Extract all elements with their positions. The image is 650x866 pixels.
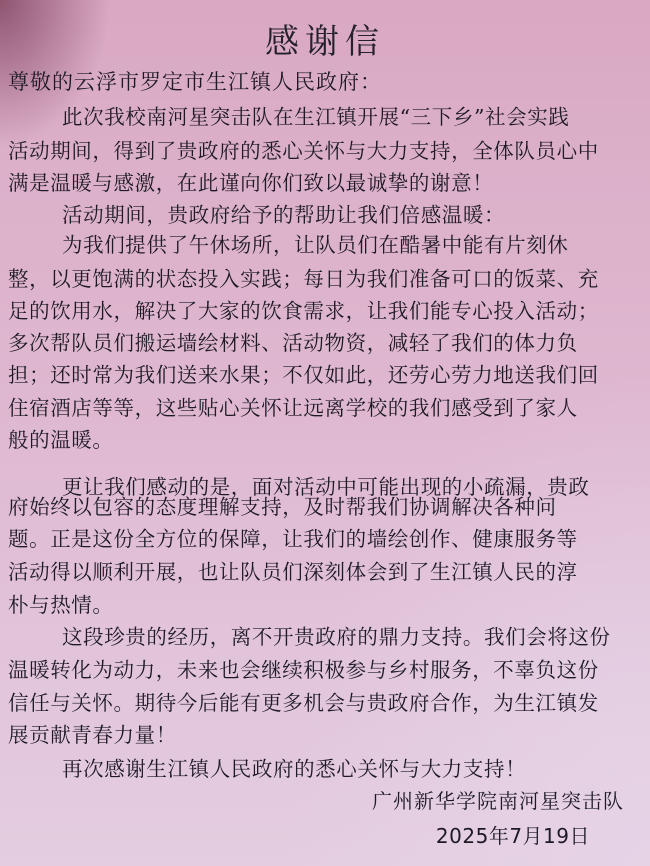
letter-line: 这段珍贵的经历，离不开贵政府的鼎力支持。我们会将这份 [62,620,611,650]
letter-line: 题。正是这份全方位的保障，让我们的墙绘创作、健康服务等 [8,522,578,552]
letter-line: 再次感谢生江镇人民政府的悉心关怀与大力支持！ [62,752,526,782]
letter-signature: 广州新华学院南河星突击队 [372,785,624,814]
letter-date: 2025年7月19日 [436,820,590,849]
letter-line: 般的温暖。 [8,423,114,453]
letter-line: 此次我校南河星突击队在生江镇开展“三下乡”社会实践 [62,100,569,130]
letter-line: 展贡献青春力量！ [8,718,177,748]
letter-line: 住宿酒店等等，这些贴心关怀让远离学校的我们感受到了家人 [8,391,578,421]
letter-line: 信任与关怀。期待今后能有更多机会与贵政府合作，为生江镇发 [8,686,599,716]
letter-salutation: 尊敬的云浮市罗定市生江镇人民政府： [8,66,382,96]
letter-line: 温暖转化为动力，未来也会继续积极参与乡村服务，不辜负这份 [8,653,599,683]
letter-line: 多次帮队员们搬运墙绘材料、活动物资，减轻了我们的体力负 [8,326,578,356]
letter-line: 活动期间，得到了贵政府的悉心关怀与大力支持，全体队员心中 [8,134,599,164]
letter-line: 府始终以包容的态度理解支持，及时帮我们协调解决各种问 [8,490,557,520]
letter-line: 活动期间，贵政府给予的帮助让我们倍感温暖： [62,198,505,228]
letter-line: 担；还时常为我们送来水果；不仅如此，还劳心劳力地送我们回 [8,358,599,388]
letter-line: 整，以更饱满的状态投入实践；每日为我们准备可口的饭菜、充 [8,262,599,292]
letter-line: 为我们提供了午休场所，让队员们在酷暑中能有片刻休 [62,228,568,258]
thank-you-letter: 感谢信 尊敬的云浮市罗定市生江镇人民政府： 此次我校南河星突击队在生江镇开展“三… [0,0,650,866]
letter-line: 足的饮用水，解决了大家的饮食需求，让我们能专心投入活动； [8,294,599,324]
letter-title: 感谢信 [0,14,650,63]
letter-line: 满是温暖与感激，在此谨向你们致以最诚挚的谢意！ [8,166,493,196]
letter-line: 活动得以顺利开展，也让队员们深刻体会到了生江镇人民的淳 [8,555,578,585]
letter-line: 朴与热情。 [8,588,114,618]
